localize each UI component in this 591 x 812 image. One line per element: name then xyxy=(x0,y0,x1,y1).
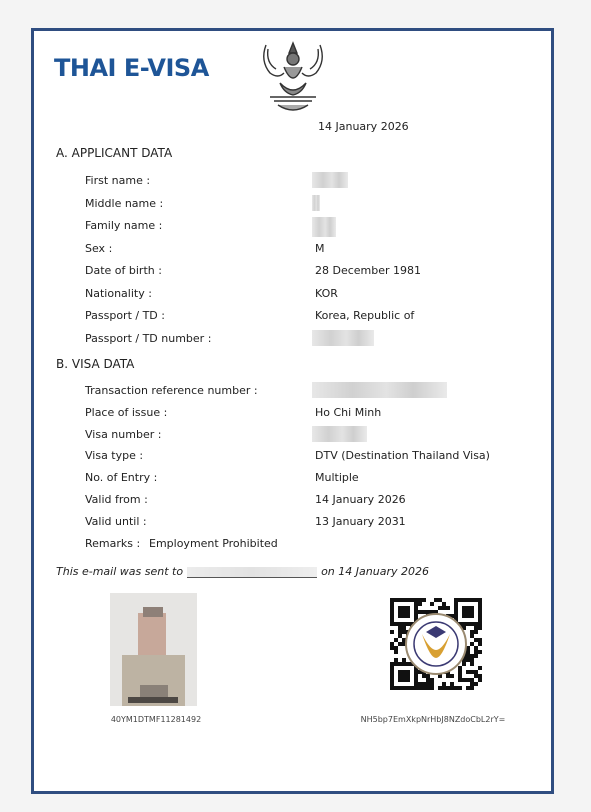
redacted-value xyxy=(312,330,374,346)
brand-title: THAI E-VISA xyxy=(54,54,209,82)
field-value: Korea, Republic of xyxy=(315,309,414,323)
redacted-value xyxy=(312,172,348,188)
field-label: No. of Entry : xyxy=(85,471,157,485)
field-label: Nationality : xyxy=(85,287,152,301)
remarks-label: Remarks : xyxy=(85,537,140,550)
field-label: Passport / TD : xyxy=(85,309,165,323)
redacted-value xyxy=(312,426,367,442)
field-label: Family name : xyxy=(85,219,162,233)
email-prefix: This e-mail was sent to xyxy=(56,565,183,578)
field-value: 28 December 1981 xyxy=(315,264,421,278)
redacted-value xyxy=(312,217,336,237)
field-label: Sex : xyxy=(85,242,112,256)
email-notice: This e-mail was sent toon 14 January 202… xyxy=(56,565,429,578)
qr-code-text: NH5bp7EmXkpNrHbJ8NZdoCbL2rY= xyxy=(348,715,518,724)
field-value: KOR xyxy=(315,287,338,301)
garuda-emblem-icon xyxy=(258,39,328,117)
email-suffix: on 14 January 2026 xyxy=(321,565,429,578)
field-label: Visa type : xyxy=(85,449,143,463)
field-value: Multiple xyxy=(315,471,359,485)
field-value: 13 January 2031 xyxy=(315,515,406,529)
field-value: Ho Chi Minh xyxy=(315,406,381,420)
field-label: Place of issue : xyxy=(85,406,167,420)
visa-section-title: B. VISA DATA xyxy=(56,357,134,371)
email-redacted xyxy=(187,567,317,578)
field-label: Valid from : xyxy=(85,493,148,507)
visa-document: THAI E-VISA 14 January 2026 A. APPLICANT… xyxy=(31,28,554,794)
redacted-value xyxy=(312,195,320,211)
redacted-value xyxy=(312,382,447,398)
field-label: Date of birth : xyxy=(85,264,162,278)
field-value: 14 January 2026 xyxy=(315,493,406,507)
field-label: Transaction reference number : xyxy=(85,384,258,398)
field-label: First name : xyxy=(85,174,150,188)
field-label: Visa number : xyxy=(85,428,161,442)
applicant-photo xyxy=(110,593,197,706)
field-label: Passport / TD number : xyxy=(85,332,211,346)
field-value: M xyxy=(315,242,325,256)
qr-code-icon xyxy=(390,598,482,690)
issue-date: 14 January 2026 xyxy=(318,120,409,133)
field-label: Middle name : xyxy=(85,197,163,211)
field-label: Valid until : xyxy=(85,515,147,529)
remarks-value: Employment Prohibited xyxy=(149,537,278,550)
field-value: DTV (Destination Thailand Visa) xyxy=(315,449,490,463)
photo-id: 40YM1DTMF11281492 xyxy=(96,715,216,724)
applicant-section-title: A. APPLICANT DATA xyxy=(56,146,172,160)
